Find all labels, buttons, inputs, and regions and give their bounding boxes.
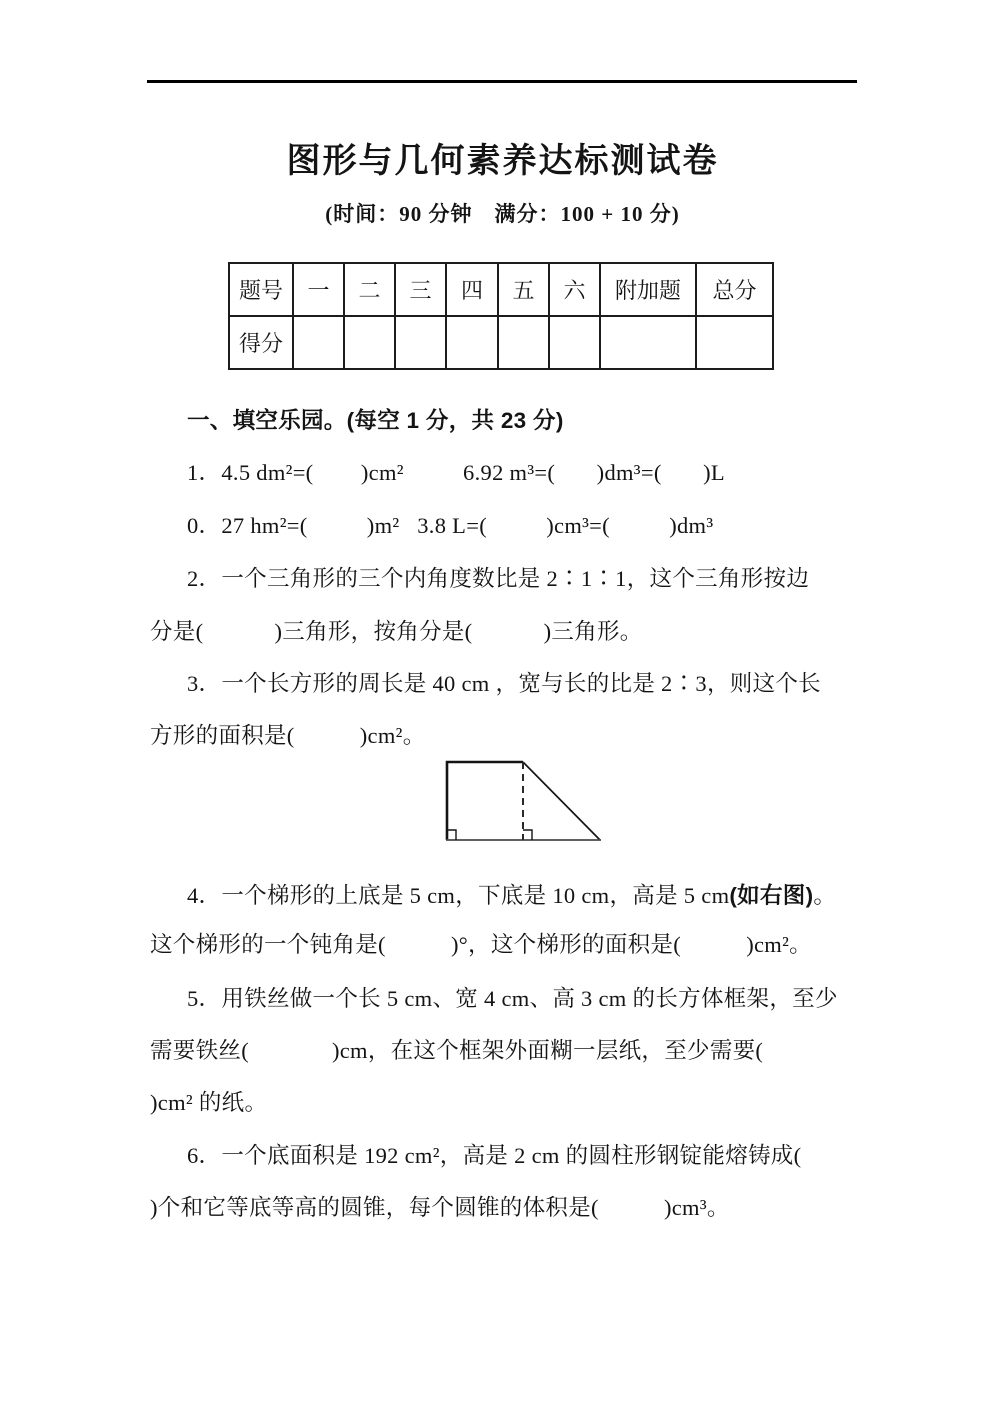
trapezoid-diagram-svg	[444, 758, 604, 844]
question-6-line-1: 6．一个底面积是 192 cm²，高是 2 cm 的圆柱形钢锭能熔铸成(	[187, 1141, 801, 1171]
score-table-cell-4: 四	[446, 263, 498, 316]
score-cell-total	[696, 316, 773, 369]
right-angle-mark-left	[447, 830, 456, 840]
question-4-line-1: 4．一个梯形的上底是 5 cm，下底是 10 cm，高是 5 cm(如右图)。	[187, 881, 836, 911]
test-paper-page: 图形与几何素养达标测试卷 (时间：90 分钟 满分：100 + 10 分) 题号…	[0, 0, 1000, 1415]
score-table-cell-5: 五	[498, 263, 549, 316]
score-row-label: 得分	[229, 316, 293, 369]
score-table-cell-3: 三	[395, 263, 446, 316]
question-6-line-2: )个和它等底等高的圆锥，每个圆锥的体积是( )cm³。	[150, 1193, 730, 1223]
trapezoid-figure	[444, 758, 604, 844]
score-cell-2	[344, 316, 395, 369]
score-table-header-row: 题号 一 二 三 四 五 六 附加题 总分	[229, 263, 773, 316]
question-1-line-1: 1．4.5 dm²=( )cm² 6.92 m³=( )dm³=( )L	[187, 458, 725, 488]
score-table-cell-6: 六	[549, 263, 600, 316]
top-divider-rule	[147, 80, 857, 83]
trapezoid-slant-edge	[523, 762, 600, 840]
score-cell-3	[395, 316, 446, 369]
score-cell-4	[446, 316, 498, 369]
right-angle-mark-center	[523, 830, 532, 840]
question-4-period: 。	[813, 883, 836, 908]
question-4-line-2: 这个梯形的一个钝角是( )°，这个梯形的面积是( )cm²。	[150, 930, 812, 960]
score-cell-6	[549, 316, 600, 369]
question-2-line-1: 2．一个三角形的三个内角度数比是 2∶1∶1，这个三角形按边	[187, 564, 809, 594]
score-table-cell-total: 总分	[696, 263, 773, 316]
score-table: 题号 一 二 三 四 五 六 附加题 总分 得分	[228, 262, 774, 370]
question-3-line-1: 3．一个长方形的周长是 40 cm ，宽与长的比是 2∶3，则这个长	[187, 669, 821, 699]
question-4-figure-ref: (如右图)	[729, 883, 813, 908]
page-subtitle: (时间：90 分钟 满分：100 + 10 分)	[150, 198, 855, 228]
score-cell-bonus	[600, 316, 696, 369]
question-4-text: 4．一个梯形的上底是 5 cm，下底是 10 cm，高是 5 cm	[187, 883, 729, 908]
question-5-line-1: 5．用铁丝做一个长 5 cm、宽 4 cm、高 3 cm 的长方体框架，至少	[187, 984, 838, 1014]
score-table-cell-bonus: 附加题	[600, 263, 696, 316]
score-table-cell-question-no: 题号	[229, 263, 293, 316]
score-cell-5	[498, 316, 549, 369]
trapezoid-left-top-edges	[447, 762, 523, 840]
score-cell-1	[293, 316, 344, 369]
page-title: 图形与几何素养达标测试卷	[150, 133, 855, 182]
score-table-cell-2: 二	[344, 263, 395, 316]
question-5-line-2: 需要铁丝( )cm，在这个框架外面糊一层纸，至少需要(	[150, 1036, 763, 1066]
question-2-line-2: 分是( )三角形，按角分是( )三角形。	[150, 617, 643, 647]
section-1-heading: 一、填空乐园。(每空 1 分，共 23 分)	[187, 406, 564, 436]
question-1-line-2: 0．27 hm²=( )m² 3.8 L=( )cm³=( )dm³	[187, 511, 713, 541]
score-table-score-row: 得分	[229, 316, 773, 369]
question-3-line-2: 方形的面积是( )cm²。	[150, 721, 426, 751]
question-5-line-3: )cm² 的纸。	[150, 1088, 267, 1118]
score-table-cell-1: 一	[293, 263, 344, 316]
